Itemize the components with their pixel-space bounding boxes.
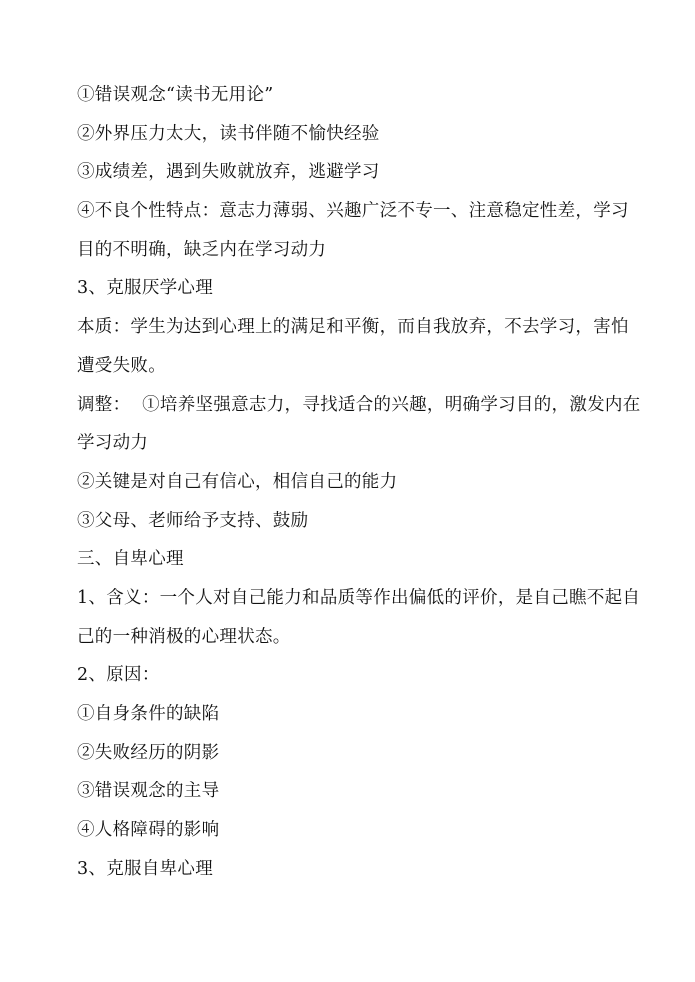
heading-causes: 2、原因： [77, 656, 625, 695]
text-line-adjust-3: ③父母、老师给予支持、鼓励 [77, 502, 625, 541]
text-line-essence: 本质：学生为达到心理上的满足和平衡，而自我放弃，不去学习，害怕 [77, 308, 625, 347]
heading-overcome-inferiority: 3、克服自卑心理 [77, 850, 625, 889]
document-page: ①错误观念“读书无用论” ②外界压力太大，读书伴随不愉快经验 ③成绩差，遇到失败… [77, 76, 625, 888]
heading-overcome-study-aversion: 3、克服厌学心理 [77, 269, 625, 308]
text-line-definition: 1、含义：一个人对自己能力和品质等作出偏低的评价，是自己瞧不起自 [77, 579, 625, 618]
text-line-cause-4-cont: 目的不明确，缺乏内在学习动力 [77, 231, 625, 270]
text-line-adjust-1-cont: 学习动力 [77, 424, 625, 463]
text-line-inferiority-cause-3: ③错误观念的主导 [77, 772, 625, 811]
text-line-definition-cont: 己的一种消极的心理状态。 [77, 618, 625, 657]
text-line-inferiority-cause-2: ②失败经历的阴影 [77, 734, 625, 773]
heading-inferiority: 三、自卑心理 [77, 540, 625, 579]
text-line-adjust-1: 调整： ①培养坚强意志力，寻找适合的兴趣，明确学习目的，激发内在 [77, 386, 625, 425]
text-line-cause-4: ④不良个性特点：意志力薄弱、兴趣广泛不专一、注意稳定性差，学习 [77, 192, 625, 231]
text-line-adjust-2: ②关键是对自己有信心，相信自己的能力 [77, 463, 625, 502]
text-line-inferiority-cause-4: ④人格障碍的影响 [77, 811, 625, 850]
text-line-cause-3: ③成绩差，遇到失败就放弃，逃避学习 [77, 153, 625, 192]
text-line-inferiority-cause-1: ①自身条件的缺陷 [77, 695, 625, 734]
text-line-cause-1: ①错误观念“读书无用论” [77, 76, 625, 115]
text-line-essence-cont: 遭受失败。 [77, 347, 625, 386]
text-line-cause-2: ②外界压力太大，读书伴随不愉快经验 [77, 115, 625, 154]
